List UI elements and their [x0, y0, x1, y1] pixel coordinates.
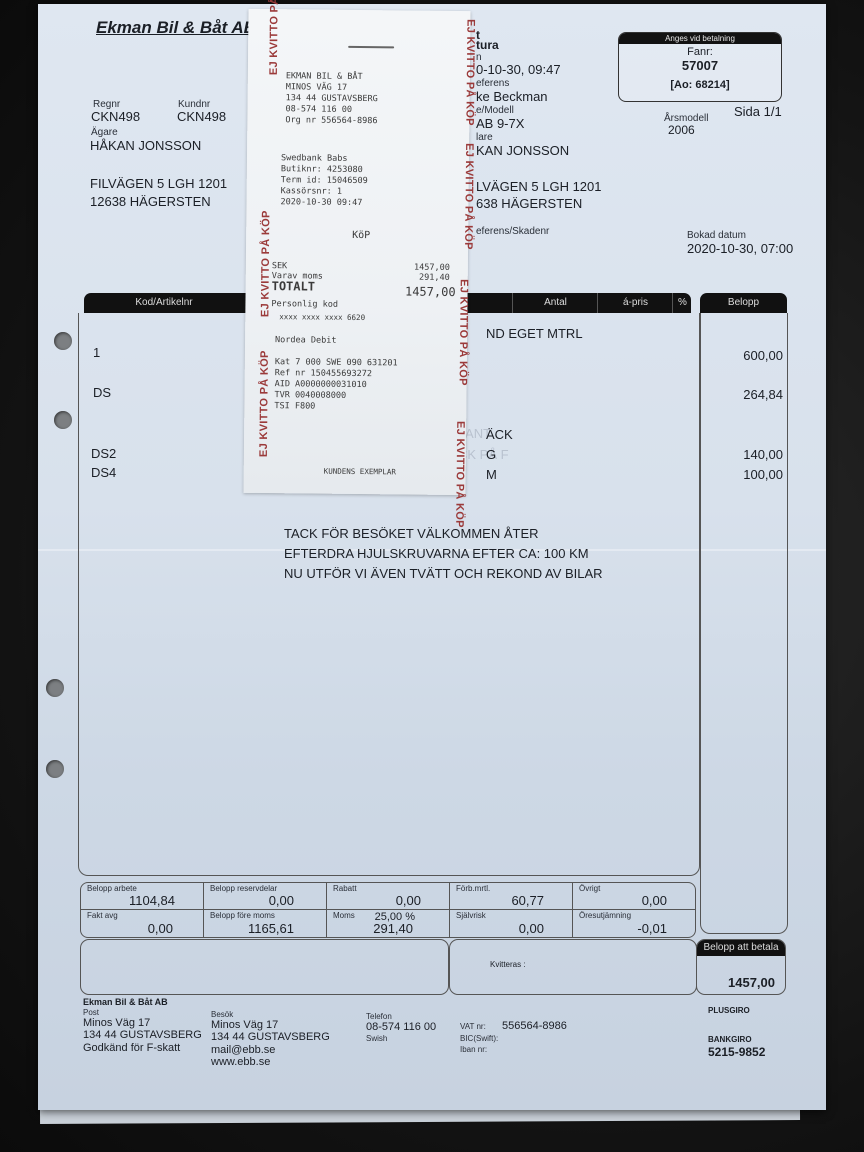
address-line2: 12638 HÄGERSTEN [90, 194, 211, 209]
email-link[interactable]: mail@ebb.se [211, 1044, 275, 1056]
visit-line1: Minos Väg 17 [211, 1019, 278, 1031]
value: 0,00 [396, 893, 421, 908]
payment-box-header: Anges vid betalning [619, 33, 781, 44]
receipt-line: Butiknr: 4253080 [281, 164, 368, 176]
receipt-line: TSI F800 [274, 401, 397, 413]
staple [348, 46, 394, 48]
label: Moms [333, 911, 355, 920]
summary-oresutjamning: Öresutjämning -0,01 [572, 909, 696, 938]
receipt-line: Swedbank Babs [281, 153, 368, 165]
total-box: Belopp att betala 1457,00 [696, 939, 786, 995]
value: 1104,84 [129, 893, 175, 908]
stamp-ej-kvitto: EJ KVITTO PÅ KÖP [268, 0, 281, 75]
item-amount: 264,84 [743, 387, 783, 402]
total-label: Belopp att betala [697, 940, 785, 956]
stamp-ej-kvitto: EJ KVITTO PÅ KÖP [463, 19, 476, 126]
col-code: Kod/Artikelnr [84, 293, 244, 313]
post-line1: Minos Väg 17 [83, 1017, 150, 1029]
copy-label: KUNDENS EXEMPLAR [324, 466, 396, 478]
summary-forb-mrtl: Förb.mrtl. 60,77 [449, 882, 573, 910]
visit-line2: 134 44 GUSTAVSBERG [211, 1031, 330, 1043]
regnr-value: CKN498 [91, 109, 140, 124]
summary-moms: Moms 25,00 % 291,40 [326, 909, 450, 938]
owner-label: Ägare [91, 127, 118, 138]
punch-hole [54, 411, 72, 429]
summary-fakt-avg: Fakt avg 0,00 [80, 909, 204, 938]
bankgiro-label: BANKGIRO [708, 1035, 752, 1044]
kvitteras-label: Kvitteras : [490, 960, 526, 969]
bic-label: BIC(Swift): [460, 1034, 498, 1043]
payment-reference-box: Anges vid betalning Fanr: 57007 [Ao: 682… [618, 32, 782, 102]
post-line2: 134 44 GUSTAVSBERG [83, 1029, 202, 1041]
vat-amount: 291,40 [419, 273, 450, 284]
item-amount: 140,00 [743, 447, 783, 462]
total-value: 1457,00 [728, 975, 775, 990]
stamp-ej-kvitto: EJ KVITTO PÅ KÖP [258, 350, 271, 457]
ao-value: [Ao: 68214] [619, 79, 781, 91]
f-skatt: Godkänd för F-skatt [83, 1042, 180, 1054]
page-number: Sida 1/1 [734, 104, 782, 119]
merchant-block: EKMAN BIL & BÅT MINOS VÄG 17 134 44 GUST… [285, 71, 378, 127]
item-text: ÄCK [486, 427, 513, 442]
item-code: 1 [93, 345, 100, 360]
item-code: DS [93, 385, 111, 400]
col-amount: Belopp [700, 293, 787, 313]
col-percent: % [672, 293, 692, 313]
holder-value: KAN JONSSON [476, 143, 569, 158]
item-text: M [486, 467, 497, 482]
holder-label: lare [476, 132, 493, 143]
bankgiro-value: 5215-9852 [708, 1045, 765, 1059]
col-antal: Antal [512, 293, 598, 313]
stamp-ej-kvitto: EJ KVITTO PÅ KÖP [462, 143, 475, 250]
phone-value: 08-574 116 00 [366, 1021, 436, 1033]
value: 0,00 [519, 921, 544, 936]
booked-date-label: Bokad datum [687, 230, 746, 241]
item-amount: 100,00 [743, 467, 783, 482]
bank-block: Swedbank Babs Butiknr: 4253080 Term id: … [280, 153, 368, 209]
kvitteras-box: Kvitteras : [449, 939, 697, 995]
item-code: DS4 [91, 465, 116, 480]
web-link[interactable]: www.ebb.se [211, 1056, 270, 1068]
item-code: DS2 [91, 446, 116, 461]
item-text: ND EGET MTRL [486, 326, 583, 341]
fanr-value: 57007 [619, 58, 781, 73]
summary-sjalvrisk: Självrisk 0,00 [449, 909, 573, 938]
company-title: Ekman Bil & Båt AB [96, 18, 256, 38]
receipt-line: Kassörsnr: 1 [281, 186, 368, 198]
phone-label: Telefon [366, 1012, 392, 1021]
stamp-ej-kvitto: EJ KVITTO PÅ KÖP [457, 279, 470, 386]
amount-column-body [700, 313, 788, 934]
label: Förb.mrtl. [456, 884, 490, 893]
tech-block: Kat 7 000 SWE 090 631201 Ref nr 15045569… [274, 357, 397, 413]
value: 0,00 [148, 921, 173, 936]
reference-value: ke Beckman [476, 89, 548, 104]
claim-reference-label: eferens/Skadenr [476, 226, 549, 237]
signature-box [80, 939, 449, 995]
label: Självrisk [456, 911, 486, 920]
model-label: e/Modell [476, 105, 514, 116]
transaction-type: KöP [352, 230, 370, 241]
label: Rabatt [333, 884, 357, 893]
col-unit-price: á-pris [597, 293, 673, 313]
message-line: NU UTFÖR VI ÄVEN TVÄTT OCH REKOND AV BIL… [284, 566, 603, 581]
punch-hole [54, 332, 72, 350]
arsmodell-value: 2006 [668, 123, 695, 137]
holder-address-line1: LVÄGEN 5 LGH 1201 [476, 179, 602, 194]
swish-label: Swish [366, 1034, 387, 1043]
doc-type: tura [476, 38, 499, 52]
receipt-line: Term id: 15046509 [281, 175, 368, 187]
message-line: EFTERDRA HJULSKRUVARNA EFTER CA: 100 KM [284, 546, 589, 561]
card-masked: xxxx xxxx xxxx 6620 [279, 311, 365, 323]
card-receipt: EJ KVITTO PÅ KÖP EJ KVITTO PÅ KÖP EJ KVI… [243, 9, 470, 495]
label: Övrigt [579, 884, 600, 893]
message-line: TACK FÖR BESÖKET VÄLKOMMEN ÅTER [284, 526, 539, 541]
receipt-line: Org nr 556564-8986 [285, 115, 377, 127]
stamp-ej-kvitto: EJ KVITTO PÅ KÖP [453, 421, 466, 528]
owner-value: HÅKAN JONSSON [90, 138, 201, 153]
summary-belopp-reservdelar: Belopp reservdelar 0,00 [203, 882, 327, 910]
value: 0,00 [269, 893, 294, 908]
item-amount: 600,00 [743, 348, 783, 363]
label: Belopp reservdelar [210, 884, 277, 893]
summary-rabatt: Rabatt 0,00 [326, 882, 450, 910]
reference-label: eferens [476, 78, 509, 89]
model-value: AB 9-7X [476, 116, 524, 131]
booked-date-value: 2020-10-30, 07:00 [687, 241, 793, 256]
value: -0,01 [637, 921, 667, 936]
value: 291,40 [373, 921, 413, 936]
post-label: Post [83, 1008, 99, 1017]
receipt-line: 2020-10-30 09:47 [280, 197, 367, 209]
receipt-total-label: TOTALT [272, 281, 315, 292]
plusgiro-label: PLUSGIRO [708, 1006, 750, 1015]
pin-label: Personlig kod [271, 299, 338, 311]
iban-label: Iban nr: [460, 1045, 487, 1054]
card-type: Nordea Debit [275, 335, 337, 347]
summary-ovrigt: Övrigt 0,00 [572, 882, 696, 910]
value: 1165,61 [248, 921, 294, 936]
invoice-date: 0-10-30, 09:47 [476, 62, 561, 77]
fanr-label: Fanr: [619, 46, 781, 58]
kundnr-value: CKN498 [177, 109, 226, 124]
punch-hole [46, 679, 64, 697]
label: Belopp före moms [210, 911, 275, 920]
footer-company: Ekman Bil & Båt AB [83, 997, 168, 1007]
value: 0,00 [642, 893, 667, 908]
vat-value: 556564-8986 [502, 1020, 567, 1032]
summary-belopp-arbete: Belopp arbete 1104,84 [80, 882, 204, 910]
label: Fakt avg [87, 911, 118, 920]
label: Öresutjämning [579, 911, 631, 920]
summary-belopp-fore-moms: Belopp före moms 1165,61 [203, 909, 327, 938]
visit-label: Besök [211, 1010, 233, 1019]
label: Belopp arbete [87, 884, 137, 893]
stamp-ej-kvitto: EJ KVITTO PÅ KÖP [259, 210, 272, 317]
item-text: G [486, 447, 496, 462]
punch-hole [46, 760, 64, 778]
receipt-total-value: 1457,00 [405, 287, 456, 299]
value: 60,77 [511, 893, 544, 908]
holder-address-line2: 638 HÄGERSTEN [476, 196, 582, 211]
address-line1: FILVÄGEN 5 LGH 1201 [90, 176, 227, 191]
vat-label: VAT nr: [460, 1022, 486, 1031]
